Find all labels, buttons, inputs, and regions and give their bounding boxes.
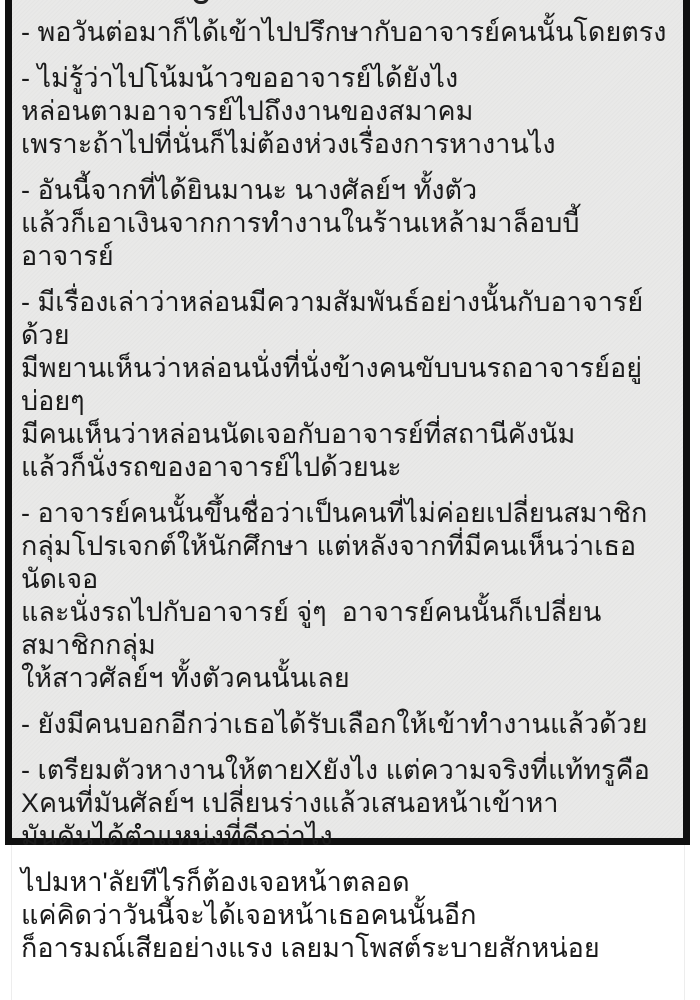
post-line: มันดันได้ตำแหน่งที่ดีกว่าไง [21, 820, 671, 853]
post-line: - เตรียมตัวหางานให้ตายXยังไง แต่ความจริง… [21, 754, 671, 787]
post-line: มีพยานเห็นว่าหล่อนนั่งที่นั่งข้างคนขับบน… [21, 352, 671, 418]
post-line: - อันนี้จากที่ได้ยินมานะ นางศัลย์ฯ ทั้งต… [21, 174, 671, 207]
post-line: เพราะถ้าไปที่นั่นก็ไม่ต้องห่วงเรื่องการห… [21, 128, 671, 161]
post-paragraph: - อาจารย์คนนั้นขึ้นชื่อว่าเป็นคนที่ไม่ค่… [21, 497, 671, 695]
post-line: ให้สาวศัลย์ฯ ทั้งตัวคนนั้นเลย [21, 662, 671, 695]
post-line: ก็อารมณ์เสียอย่างแรง เลยมาโพสต์ระบายสักห… [21, 932, 671, 965]
panel-guide-line-right [684, 845, 685, 1000]
forum-post-panel: - พอวันต่อมาก็ได้เข้าไปปรึกษากับอาจารย์ค… [5, 0, 690, 845]
post-line: แล้วก็นั่งรถของอาจารย์ไปด้วยนะ [21, 451, 671, 484]
post-paragraph: ไปมหา'ลัยทีไรก็ต้องเจอหน้าตลอดแค่คิดว่าว… [21, 866, 671, 965]
panel-guide-line-left [11, 845, 12, 1000]
post-paragraph: - ไม่รู้ว่าไปโน้มน้าวขออาจารย์ได้ยังไงหล… [21, 62, 671, 161]
post-paragraph: - ยังมีคนบอกอีกว่าเธอได้รับเลือกให้เข้าท… [21, 708, 671, 741]
post-paragraph: - อันนี้จากที่ได้ยินมานะ นางศัลย์ฯ ทั้งต… [21, 174, 671, 273]
post-paragraph: - พอวันต่อมาก็ได้เข้าไปปรึกษากับอาจารย์ค… [21, 16, 671, 49]
post-paragraph: - มีเรื่องเล่าว่าหล่อนมีความสัมพันธ์อย่า… [21, 286, 671, 484]
post-text: - พอวันต่อมาก็ได้เข้าไปปรึกษากับอาจารย์ค… [12, 0, 683, 965]
post-line: - ยังมีคนบอกอีกว่าเธอได้รับเลือกให้เข้าท… [21, 708, 671, 741]
post-line: ไปมหา'ลัยทีไรก็ต้องเจอหน้าตลอด [21, 866, 671, 899]
post-line: - อาจารย์คนนั้นขึ้นชื่อว่าเป็นคนที่ไม่ค่… [21, 497, 671, 530]
post-line: - พอวันต่อมาก็ได้เข้าไปปรึกษากับอาจารย์ค… [21, 16, 671, 49]
post-line: แค่คิดว่าวันนี้จะได้เจอหน้าเธอคนนั้นอีก [21, 899, 671, 932]
post-line: - มีเรื่องเล่าว่าหล่อนมีความสัมพันธ์อย่า… [21, 286, 671, 352]
post-line: และนั่งรถไปกับอาจารย์ จู่ๆ อาจารย์คนนั้น… [21, 596, 671, 662]
post-line: - ไม่รู้ว่าไปโน้มน้าวขออาจารย์ได้ยังไง [21, 62, 671, 95]
page: { "panel": { "background_color": "#e9e9e… [0, 0, 700, 1000]
post-line: Xคนที่มันศัลย์ฯ เปลี่ยนร่างแล้วเสนอหน้าเ… [21, 787, 671, 820]
post-line: แล้วก็เอาเงินจากการทำงานในร้านเหล้ามาล็อ… [21, 207, 671, 273]
post-line: มีคนเห็นว่าหล่อนนัดเจอกับอาจารย์ที่สถานี… [21, 418, 671, 451]
post-paragraph: - เตรียมตัวหางานให้ตายXยังไง แต่ความจริง… [21, 754, 671, 853]
post-line: กลุ่มโปรเจกต์ให้นักศึกษา แต่หลังจากที่มี… [21, 530, 671, 596]
post-line: หล่อนตามอาจารย์ไปถึงงานของสมาคม [21, 95, 671, 128]
